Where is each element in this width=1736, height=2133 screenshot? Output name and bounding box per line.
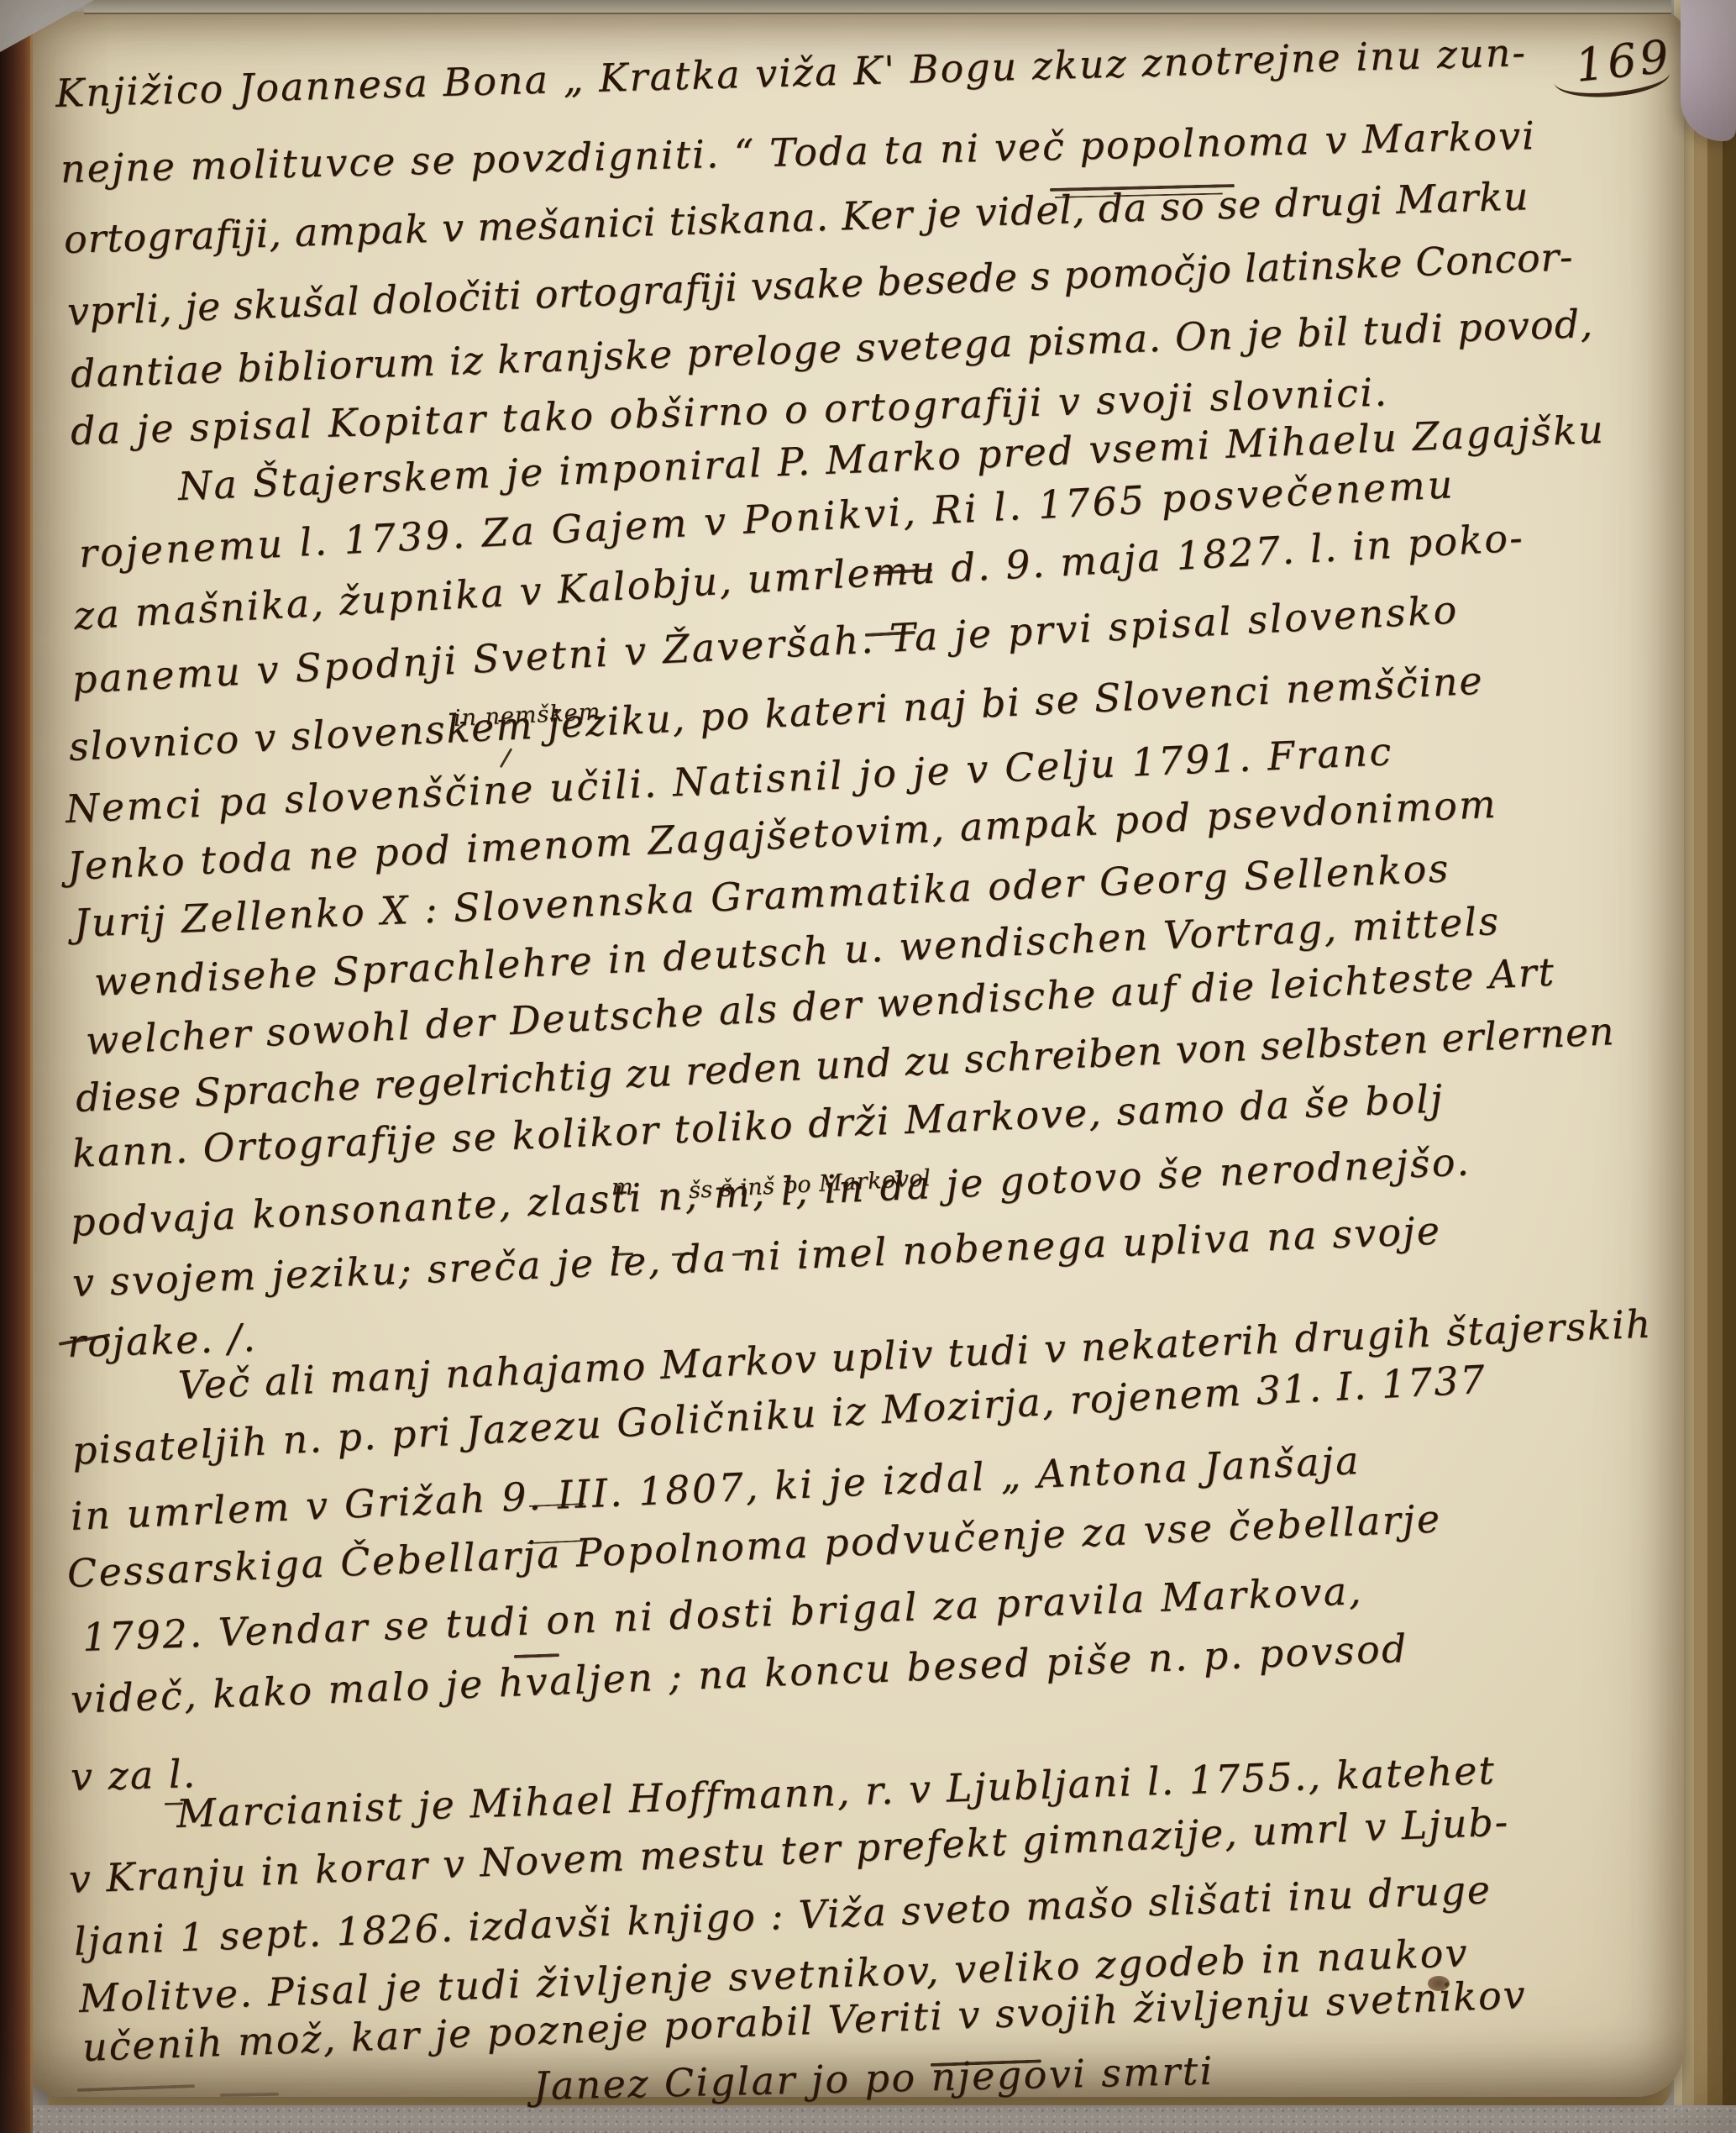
- table-surface: [0, 2105, 1736, 2133]
- manuscript-line: v za l.: [70, 1754, 197, 1796]
- manuscript-line: rojake. /.: [66, 1318, 257, 1363]
- ink-smudge: [1428, 1976, 1450, 1991]
- fabric-corner: [1681, 0, 1736, 141]
- underline-mark: [165, 1802, 183, 1805]
- book-spine: [0, 0, 33, 2133]
- manuscript-photo: 169 Knjižico Joannesa Bona „ Kratka viža…: [0, 0, 1736, 2133]
- page-top-edge: [84, 0, 1671, 14]
